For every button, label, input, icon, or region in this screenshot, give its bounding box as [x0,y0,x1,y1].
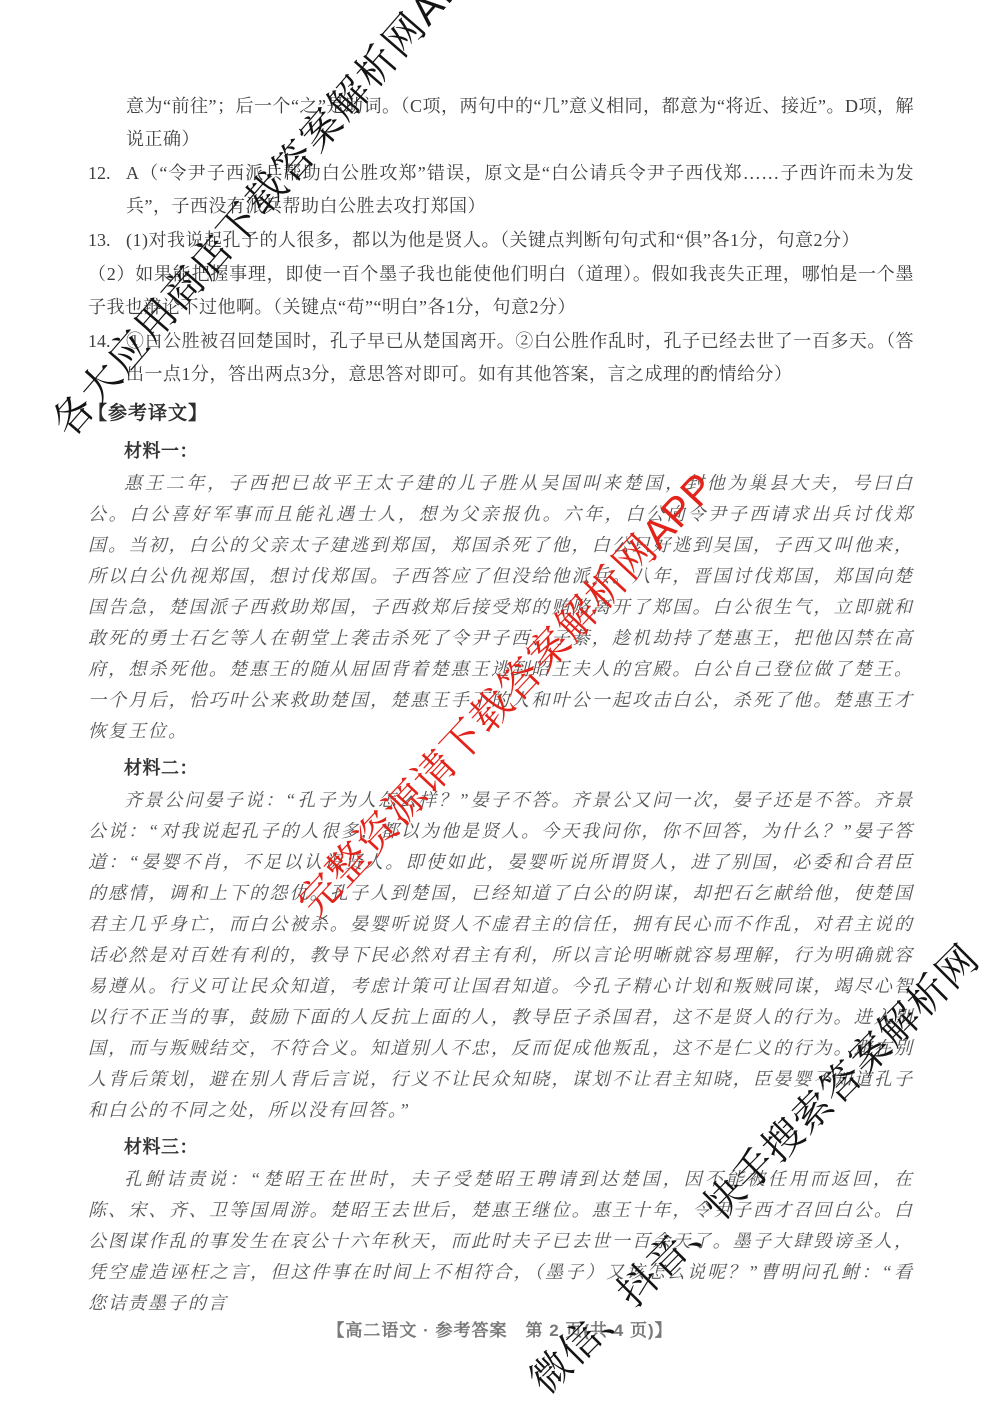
answer-item-12: 12.A（“令尹子西派兵帮助白公胜攻郑”错误，原文是“白公请兵令尹子西伐郑……子… [88,157,914,223]
answer-number: 13. [88,224,126,257]
answer-item-13-part1: 13.(1)对我说起孔子的人很多，都以为他是贤人。（关键点判断句句式和“俱”各1… [88,224,914,257]
answer-text: ①白公胜被召回楚国时，孔子早已从楚国离开。②白公胜作乱时，孔子已经去世了一百多天… [126,331,914,384]
material-2-header: 材料二： [88,754,914,782]
material-3-text: 孔鲋诘责说：“楚昭王在世时，夫子受楚昭王聘请到达楚国，因不能被任用而返回，在陈、… [88,1164,914,1319]
material-3-header: 材料三： [88,1133,914,1161]
page-footer: 【高二语文 · 参考答案 第 2 页(共 4 页)】 [0,1316,1000,1341]
answer-text: （2）如果能把握事理，即使一百个墨子我也能使他们明白（道理）。假如我丧失正理，哪… [88,264,914,317]
answer-number: 14. [88,325,126,358]
answer-item-13-part2: （2）如果能把握事理，即使一百个墨子我也能使他们明白（道理）。假如我丧失正理，哪… [88,258,914,324]
answer-number: 12. [88,157,126,190]
answer-item-14: 14.①白公胜被召回楚国时，孔子早已从楚国离开。②白公胜作乱时，孔子已经去世了一… [88,325,914,391]
answer-text: 意为“前往”；后一个“之”是助词。（C项，两句中的“几”意义相同，都意为“将近、… [126,96,914,149]
answer-continuation: 意为“前往”；后一个“之”是助词。（C项，两句中的“几”意义相同，都意为“将近、… [88,90,914,156]
scanned-answer-page: 意为“前往”；后一个“之”是助词。（C项，两句中的“几”意义相同，都意为“将近、… [0,0,1000,1405]
material-1-text: 惠王二年，子西把已故平王太子建的儿子胜从吴国叫来楚国，封他为巢县大夫，号曰白公。… [88,468,914,747]
answer-text: (1)对我说起孔子的人很多，都以为他是贤人。（关键点判断句句式和“俱”各1分，句… [126,230,860,250]
material-2-text: 齐景公问晏子说：“孔子为人怎么样？”晏子不答。齐景公又问一次，晏子还是不答。齐景… [88,785,914,1126]
material-1-header: 材料一： [88,437,914,465]
reference-translation-title: 【参考译文】 [88,397,914,430]
answer-text: A（“令尹子西派兵帮助白公胜攻郑”错误，原文是“白公请兵令尹子西伐郑……子西许而… [126,163,914,216]
page-content: 意为“前往”；后一个“之”是助词。（C项，两句中的“几”意义相同，都意为“将近、… [88,90,914,1319]
